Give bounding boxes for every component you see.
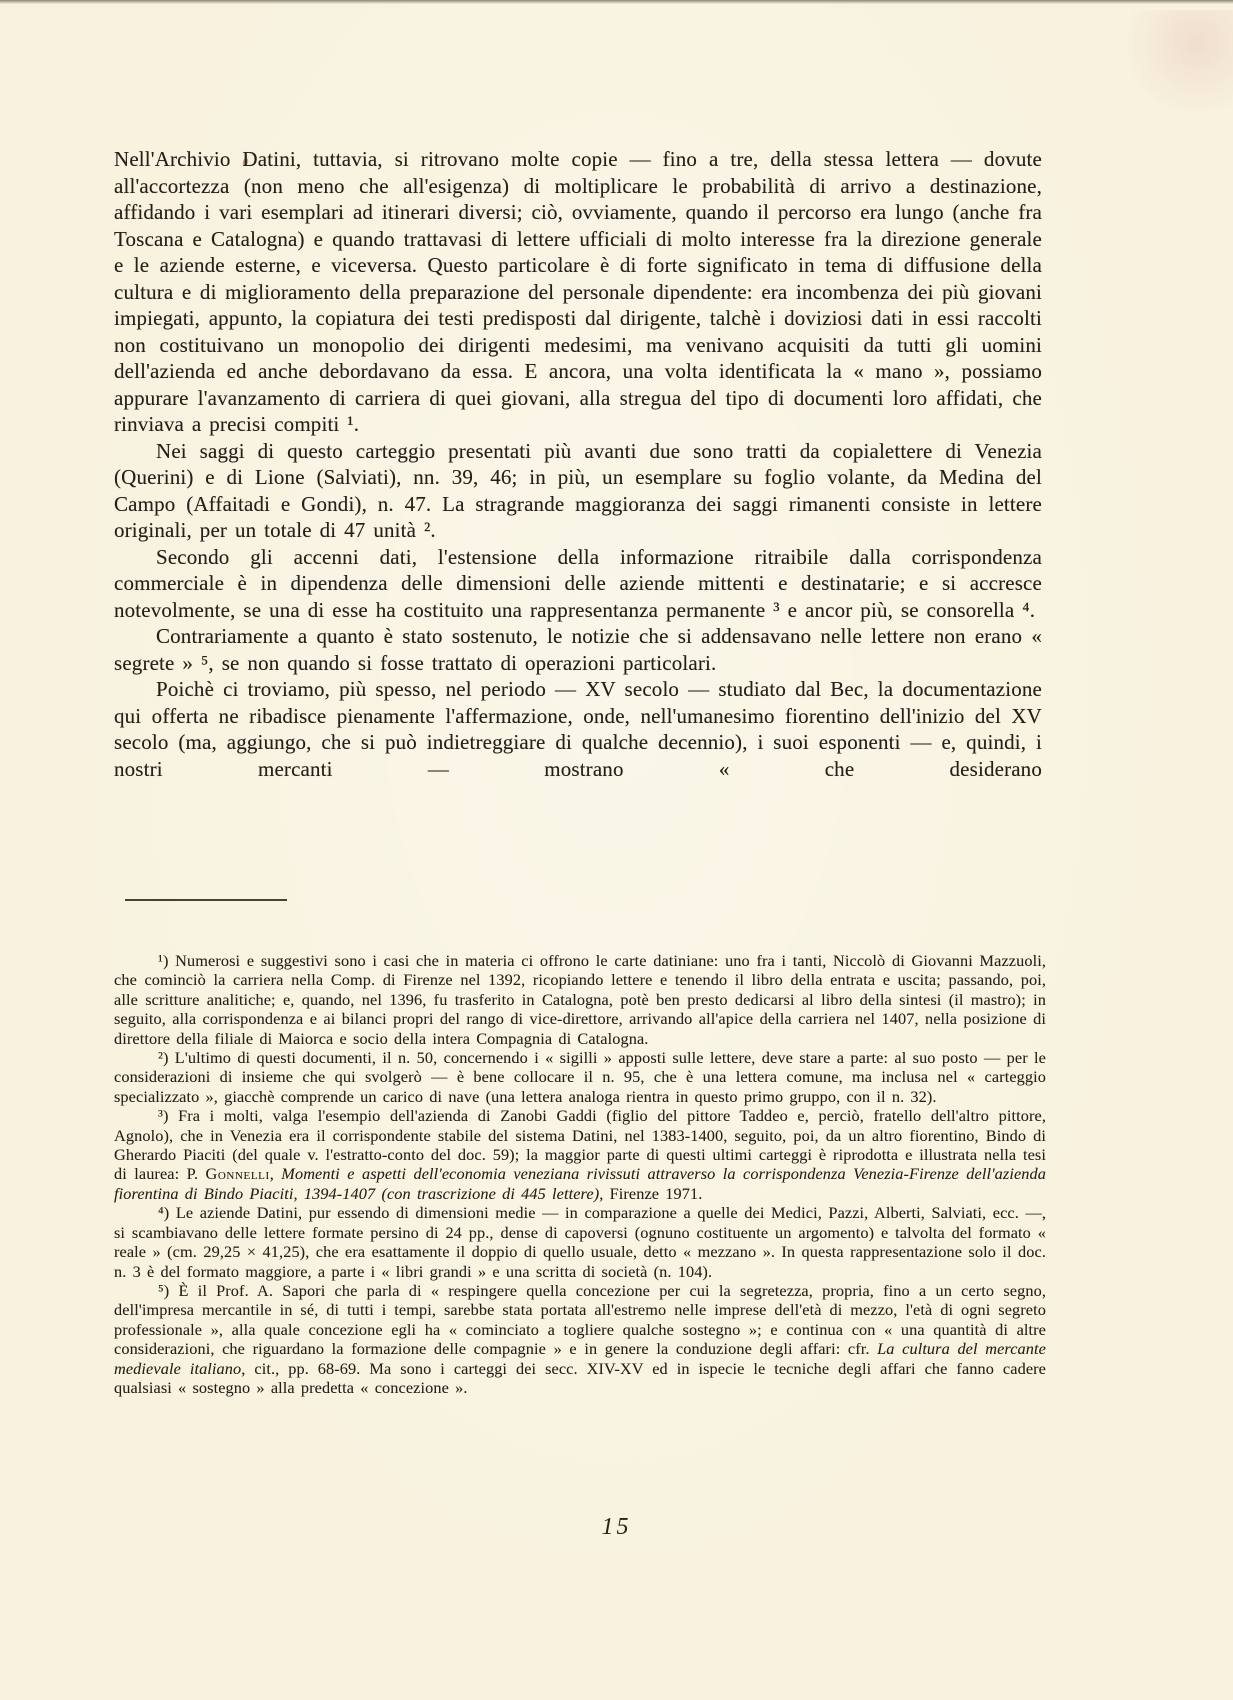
footnote-3: ³) Fra i molti, valga l'esempio dell'azi… <box>114 1106 1046 1203</box>
footnote-text-segment: , <box>270 1164 282 1183</box>
footnote-text-segment: , Firenze 1971. <box>599 1184 702 1203</box>
footnote-text-segment: ⁴) Le aziende Datini, pur essendo di dim… <box>114 1203 1046 1280</box>
body-text-block: Nell'Archivio Datini, tuttavia, si ritro… <box>114 146 1042 782</box>
footnote-5: ⁵) È il Prof. A. Sapori che parla di « r… <box>114 1281 1046 1397</box>
footnote-1: ¹) Numerosi e suggestivi sono i casi che… <box>114 951 1046 1048</box>
footnotes-block: ¹) Numerosi e suggestivi sono i casi che… <box>114 951 1046 1397</box>
footnote-divider-rule <box>125 899 287 901</box>
body-paragraph-3: Secondo gli accenni dati, l'estensione d… <box>114 544 1042 624</box>
body-paragraph-5: Poichè ci troviamo, più spesso, nel peri… <box>114 676 1042 782</box>
scanned-book-page: Nell'Archivio Datini, tuttavia, si ritro… <box>0 0 1233 1700</box>
footnote-text-segment: ²) L'ultimo di questi documenti, il n. 5… <box>114 1048 1046 1106</box>
footnote-text-segment: ¹) Numerosi e suggestivi sono i casi che… <box>114 951 1046 1048</box>
footnote-author-smallcaps: Gonnelli <box>206 1164 270 1183</box>
page-number: 15 <box>0 1514 1233 1541</box>
body-paragraph-1: Nell'Archivio Datini, tuttavia, si ritro… <box>114 146 1042 438</box>
footnote-text-segment: , cit., pp. 68-69. Ma sono i carteggi de… <box>114 1359 1046 1397</box>
footnote-4: ⁴) Le aziende Datini, pur essendo di dim… <box>114 1203 1046 1281</box>
footnote-2: ²) L'ultimo di questi documenti, il n. 5… <box>114 1048 1046 1106</box>
body-paragraph-4: Contrariamente a quanto è stato sostenut… <box>114 623 1042 676</box>
body-paragraph-2: Nei saggi di questo carteggio presentati… <box>114 438 1042 544</box>
scan-top-edge-artifact <box>0 0 1233 4</box>
scan-smudge-artifact <box>1113 10 1233 120</box>
